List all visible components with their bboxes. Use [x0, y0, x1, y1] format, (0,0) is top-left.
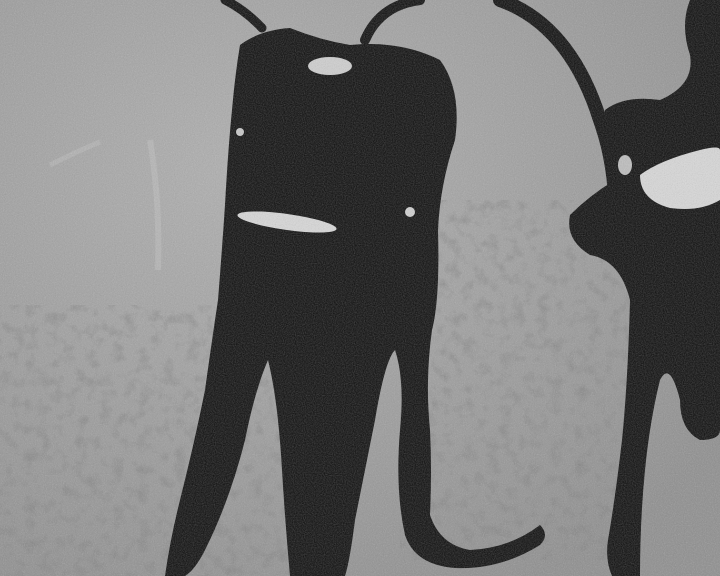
photo-canvas — [0, 0, 720, 576]
film-grain — [0, 0, 720, 576]
photograph: Grainy high-contrast black-and-white pho… — [0, 0, 720, 576]
